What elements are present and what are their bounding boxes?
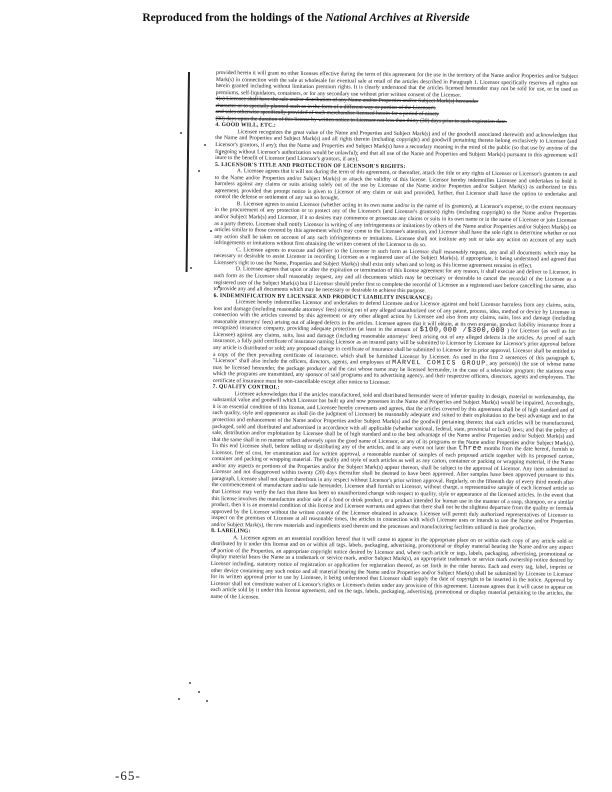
para-text: Licensee agrees that it will not during … [215, 169, 577, 202]
para-text: Licensee agrees as an essential conditio… [210, 535, 573, 600]
para-label: A. [233, 535, 239, 541]
para-text: Licensee agrees that upon or after the e… [214, 267, 576, 295]
goodwill-paragraph: Licensee recognizes the great value of t… [215, 129, 577, 166]
para-label: A. [237, 168, 243, 174]
archive-header: Reproduced from the holdings of the Nati… [0, 12, 612, 24]
header-prefix: Reproduced from the holdings of the [142, 12, 325, 24]
page-number: -65- [115, 768, 141, 784]
para-text: Licensee agrees to assist Licensor (whet… [214, 201, 576, 248]
para-label: C. [236, 247, 241, 253]
title-protection-para-b: B. Licensee agrees to assist Licensor (w… [214, 201, 576, 251]
labeling-para-a: A. Licensee agrees as an essential condi… [210, 535, 573, 604]
title-protection-para-d: D. Licensee agrees that upon or after th… [214, 266, 576, 296]
intro-paragraph: provided herein it will grant no other l… [216, 70, 578, 100]
title-protection-para-a: A. Licensee agrees that it will not duri… [215, 168, 577, 205]
margin-rule [186, 72, 190, 272]
quality-control-paragraph: Licensee acknowledges that if the articl… [211, 391, 574, 532]
para-text: Licensee acknowledges that if the articl… [212, 391, 575, 452]
para-text: months from the date hereof, furnish to … [211, 446, 574, 531]
header-archive-name: National Archives at Riverside [325, 12, 469, 24]
para-label: D. [236, 267, 242, 273]
indemnification-paragraph: Licensee hereby indemnifies Licensor and… [213, 299, 576, 388]
document-body: provided herein it will grant no other l… [210, 70, 578, 604]
